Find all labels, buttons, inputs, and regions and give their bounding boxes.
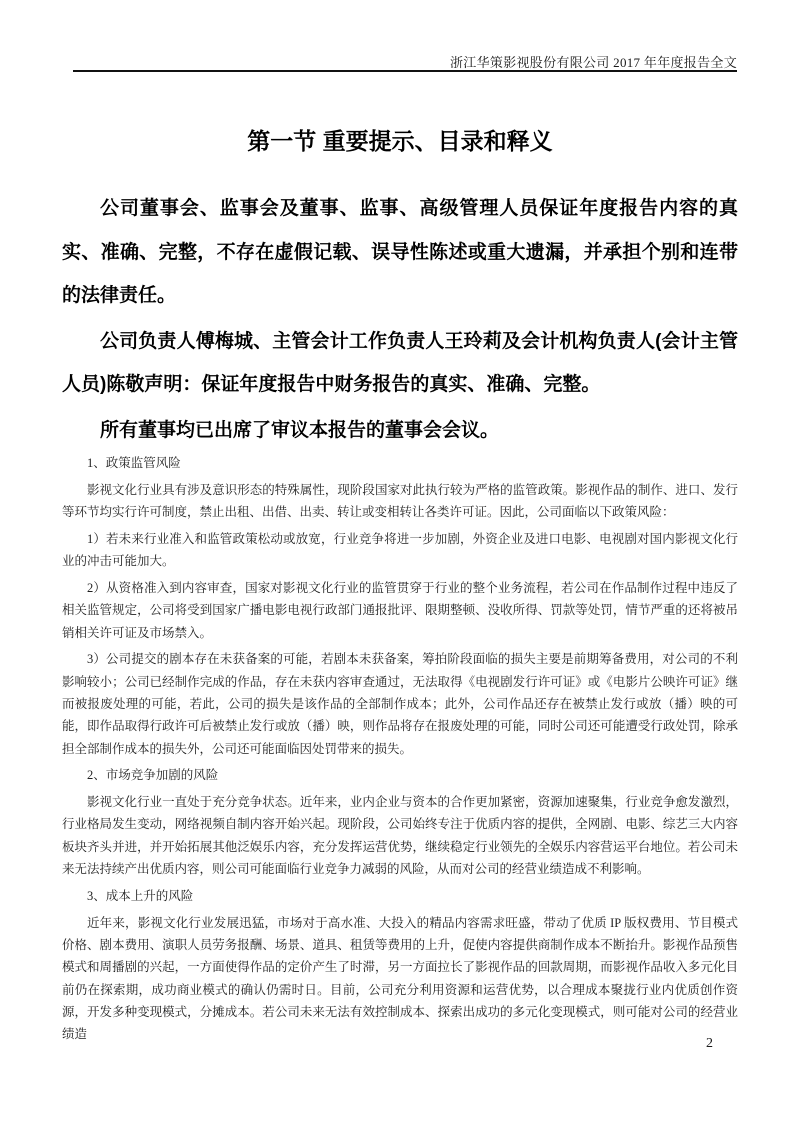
section-title: 第一节 重要提示、目录和释义 <box>62 123 738 156</box>
statement-paragraph: 所有董事均已出席了审议本报告的董事会会议。 <box>62 409 738 453</box>
risk-paragraph: 1）若未来行业准入和监管政策松动或放宽，行业竞争将进一步加剧，外资企业及进口电影… <box>62 528 738 573</box>
risk-paragraph: 影视文化行业一直处于充分竞争状态。近年来，业内企业与资本的合作更加紧密，资源加速… <box>62 791 738 880</box>
risk-paragraph: 影视文化行业具有涉及意识形态的特殊属性，现阶段国家对此执行较为严格的监管政策。影… <box>62 479 738 524</box>
risk-heading-policy: 1、政策监管风险 <box>62 452 738 474</box>
risk-heading-cost: 3、成本上升的风险 <box>62 885 738 907</box>
statement-paragraph: 公司董事会、监事会及董事、监事、高级管理人员保证年度报告内容的真实、准确、完整，… <box>62 187 738 318</box>
running-header: 浙江华策影视股份有限公司 2017 年年度报告全文 <box>450 52 737 71</box>
risk-section: 1、政策监管风险 影视文化行业具有涉及意识形态的特殊属性，现阶段国家对此执行较为… <box>62 452 738 1050</box>
risk-heading-competition: 2、市场竞争加剧的风险 <box>62 764 738 786</box>
report-page: 浙江华策影视股份有限公司 2017 年年度报告全文 第一节 重要提示、目录和释义… <box>0 0 793 1122</box>
risk-paragraph: 近年来，影视文化行业发展迅猛，市场对于高水准、大投入的精品内容需求旺盛，带动了优… <box>62 912 738 1046</box>
header-divider <box>73 70 737 72</box>
risk-paragraph: 3）公司提交的剧本存在未获备案的可能，若剧本未获备案，筹拍阶段面临的损失主要是前… <box>62 648 738 759</box>
statements-block: 公司董事会、监事会及董事、监事、高级管理人员保证年度报告内容的真实、准确、完整，… <box>62 187 738 454</box>
page-number: 2 <box>706 1036 713 1052</box>
risk-paragraph: 2）从资格准入到内容审查，国家对影视文化行业的监管贯穿于行业的整个业务流程，若公… <box>62 577 738 644</box>
statement-paragraph: 公司负责人傅梅城、主管会计工作负责人王玲莉及会计机构负责人(会计主管人员)陈敬声… <box>62 320 738 407</box>
